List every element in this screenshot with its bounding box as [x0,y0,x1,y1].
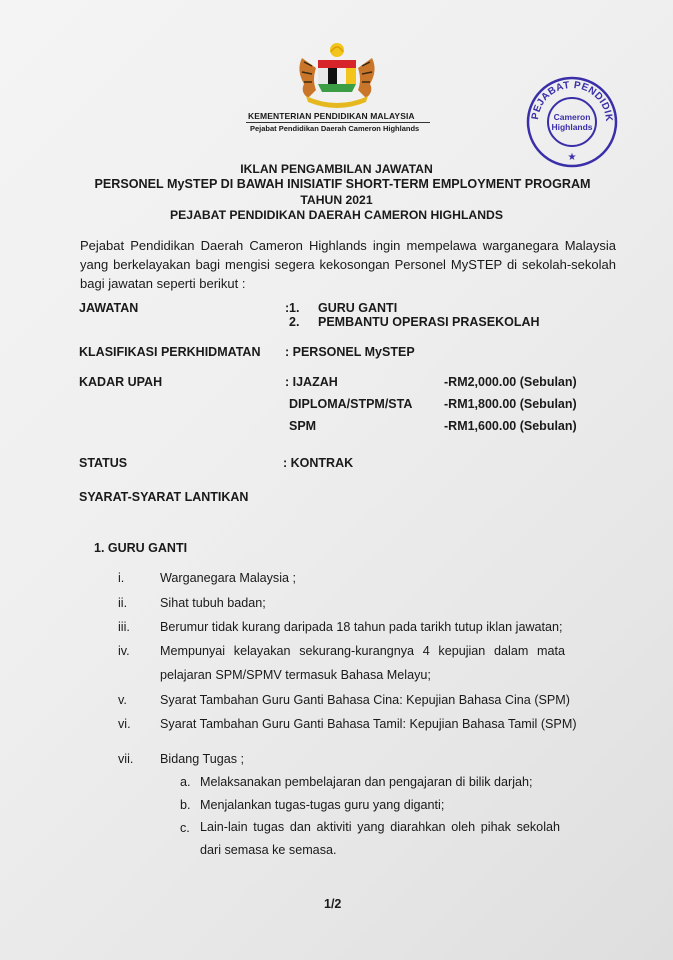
list-number: vi. [118,717,131,731]
intro-paragraph: Pejabat Pendidikan Daerah Cameron Highla… [80,236,616,293]
office-stamp-icon: PEJABAT PENDIDIKAN DAERAH Cameron Highla… [524,74,620,170]
sublist-item: Menjalankan tugas-tugas guru yang digant… [200,798,444,812]
rate-qualification: DIPLOMA/STPM/STA [289,397,412,411]
header-divider [246,122,430,123]
ad-title: IKLAN PENGAMBILAN JAWATAN [0,162,673,176]
coat-of-arms-icon [292,40,382,110]
kadar-upah-label: KADAR UPAH [79,375,162,389]
rate-amount: -RM2,000.00 (Sebulan) [444,375,577,389]
status-value: : KONTRAK [283,456,353,470]
list-item: Sihat tubuh badan; [160,596,266,610]
list-number: ii. [118,596,127,610]
list-number: iv. [118,644,130,658]
jawatan-value: PEMBANTU OPERASI PRASEKOLAH [318,315,540,329]
sublist-item: Lain-lain tugas dan aktiviti yang diarah… [200,816,560,862]
list-item: Bidang Tugas ; [160,752,244,766]
svg-text:Cameron: Cameron [554,112,591,122]
jawatan-value: GURU GANTI [318,301,397,315]
list-number: i. [118,571,124,585]
program-title: PERSONEL MySTEP DI BAWAH INISIATIF SHORT… [6,177,673,191]
office-name: Pejabat Pendidikan Daerah Cameron Highla… [250,124,419,133]
klasifikasi-label: KLASIFIKASI PERKHIDMATAN [79,345,260,359]
jawatan-label: JAWATAN [79,301,138,315]
list-item: Syarat Tambahan Guru Ganti Bahasa Tamil:… [160,717,577,731]
rate-amount: -RM1,600.00 (Sebulan) [444,419,577,433]
jawatan-number: 1. [289,301,299,315]
list-item: Warganegara Malaysia ; [160,571,296,585]
page-number: 1/2 [324,897,341,911]
list-number: vii. [118,752,133,766]
rate-qualification: : IJAZAH [285,375,338,389]
list-item: Syarat Tambahan Guru Ganti Bahasa Cina: … [160,693,570,707]
klasifikasi-value: : PERSONEL MySTEP [285,345,415,359]
sublist-letter: a. [180,775,191,789]
list-item: Mempunyai kelayakan sekurang-kurangnya 4… [160,639,565,687]
rate-qualification: SPM [289,419,316,433]
year-title: TAHUN 2021 [0,193,673,207]
list-number: iii. [118,620,130,634]
ministry-name: KEMENTERIAN PENDIDIKAN MALAYSIA [248,111,415,121]
list-number: v. [118,693,127,707]
rate-amount: -RM1,800.00 (Sebulan) [444,397,577,411]
sublist-item: Melaksanakan pembelajaran dan pengajaran… [200,775,533,789]
list-item: Berumur tidak kurang daripada 18 tahun p… [160,620,563,634]
svg-text:Highlands: Highlands [551,122,592,132]
office-title: PEJABAT PENDIDIKAN DAERAH CAMERON HIGHLA… [0,208,673,222]
status-label: STATUS [79,456,127,470]
sublist-letter: b. [180,798,191,812]
syarat-heading: SYARAT-SYARAT LANTIKAN [79,490,248,504]
section-guru-ganti: 1. GURU GANTI [94,541,187,555]
sublist-letter: c. [180,821,190,835]
jawatan-number: 2. [289,315,299,329]
